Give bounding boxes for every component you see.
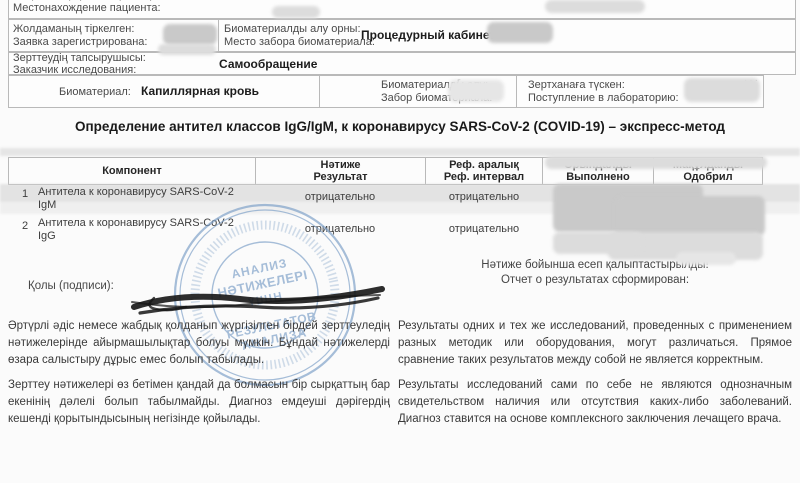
disclaimer-paragraph: Әртүрлі әдіс немесе жабдық қолданып жүрг… — [8, 318, 390, 369]
redaction-blob — [684, 78, 760, 102]
redaction-blob — [545, 156, 767, 169]
header-text: Одобрил — [683, 171, 732, 184]
redaction-blob — [158, 44, 216, 55]
lab-received-label-kz: Зертханаға түскен: — [528, 79, 625, 92]
request-registered-label-ru: Заявка зарегистрирована: — [13, 36, 147, 49]
row-number: 2 — [22, 220, 28, 233]
biomaterial-value: Капиллярная кровь — [141, 84, 259, 98]
request-biomaterial-row: Жолдаманың тіркелген: Заявка зарегистрир… — [8, 19, 796, 52]
disclaimer-paragraph: Зерттеу нәтижелері өз бетімен қандай да … — [8, 377, 390, 428]
ref-interval-value: отрицательно — [449, 223, 519, 236]
component-subname: IgM — [38, 199, 56, 212]
row-number: 1 — [22, 188, 28, 201]
redaction-blob — [676, 252, 736, 265]
header-text: Результат — [313, 171, 367, 184]
header-text: Нәтиже — [321, 159, 361, 172]
lab-received-label-ru: Поступление в лабораторию: — [528, 92, 679, 105]
signature-scribble — [128, 276, 392, 322]
disclaimer-paragraph: Результаты исследований сами по себе не … — [398, 377, 792, 428]
study-customer-row: Зерттеудің тапсырушысы: Заказчик исследо… — [8, 52, 796, 75]
biomaterial-place-label-kz: Биоматериалды алу орны: — [224, 23, 361, 36]
patient-location-label-ru: Местонахождение пациента: — [13, 2, 161, 15]
patient-location-row: Пациенттің орналасқан жері: Местонахожде… — [8, 0, 796, 19]
header-ref-interval: Реф. аралық Реф. интервал — [425, 157, 543, 185]
biomaterial-label: Биоматериал: — [59, 86, 131, 99]
redaction-blob — [553, 232, 643, 254]
request-registered-label-kz: Жолдаманың тіркелген: — [13, 23, 134, 36]
header-component: Компонент — [8, 157, 256, 185]
report-title: Определение антител классов IgG/IgM, к к… — [0, 119, 800, 134]
redaction-blob — [487, 22, 553, 43]
biomaterial-row: Биоматериал: Капиллярная кровь Биоматери… — [8, 75, 764, 108]
cell-divider — [516, 76, 517, 107]
disclaimer-russian-column: Результаты одних и тех же исследований, … — [398, 318, 792, 436]
report-formed-label-ru: Отчет о результатах сформирован: — [430, 273, 760, 288]
disclaimer-paragraph: Результаты одних и тех же исследований, … — [398, 318, 792, 369]
component-subname: IgG — [38, 230, 56, 243]
biomaterial-place-label-ru: Место забора биоматериала: — [224, 36, 375, 49]
component-name: Антитела к коронавирусу SARS-CoV-2 — [38, 186, 234, 199]
header-text: Реф. аралық — [449, 159, 519, 172]
cell-divider — [218, 20, 219, 51]
disclaimer-kazakh-column: Әртүрлі әдіс немесе жабдық қолданып жүрг… — [8, 318, 390, 436]
header-result: Нәтиже Результат — [255, 157, 426, 185]
cell-divider — [319, 76, 320, 107]
redaction-blob — [615, 196, 765, 236]
redaction-blob — [163, 24, 217, 45]
header-text: Выполнено — [566, 171, 630, 184]
header-text: Компонент — [102, 165, 162, 178]
ref-interval-value: отрицательно — [449, 191, 519, 204]
lab-report-document: Пациенттің орналасқан жері: Местонахожде… — [0, 0, 800, 483]
scan-stripe — [0, 148, 800, 156]
redaction-blob — [545, 0, 645, 13]
header-text: Реф. интервал — [444, 171, 524, 184]
redaction-blob — [272, 6, 320, 18]
redaction-blob — [448, 80, 504, 102]
biomaterial-place-value: Процедурный кабинет — [361, 28, 495, 42]
study-customer-value: Самообращение — [219, 57, 317, 71]
signature-label: Қолы (подписи): — [28, 280, 114, 292]
